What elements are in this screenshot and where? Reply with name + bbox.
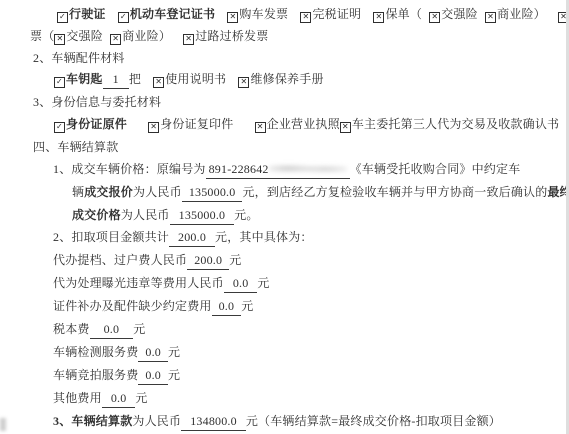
checkbox-crossed-icon: ✕	[255, 122, 266, 133]
delegation-confirm-item: ✕车主委托第三人代为交易及收款确认书	[340, 117, 559, 131]
checkbox-crossed-icon: ✕	[429, 12, 440, 23]
deduction-item-row: 其他费用0.0元	[53, 388, 148, 408]
checkbox-checked-icon: ✓	[57, 12, 68, 23]
identity-line: ✓身份证原件 ✕身份证复印件 ✕企业营业执照✕车主委托第三人代为交易及收款确认书	[54, 114, 559, 134]
id-original-item: ✓身份证原件	[54, 117, 127, 131]
deduction-item-label: 车辆检测服务费	[53, 345, 138, 359]
checkbox-crossed-icon: ✕	[110, 34, 121, 45]
deduction-total-field: 200.0	[169, 230, 215, 247]
section3-heading: 3、身份信息与委托材料	[33, 92, 161, 112]
checkbox-crossed-icon: ✕	[485, 12, 496, 23]
checkbox-crossed-icon: ✕	[300, 12, 311, 23]
deduction-heading-line: 2、扣取项目金额共计200.0元，其中具体为：	[53, 227, 313, 247]
quote-post: 元，到店经乙方复检验收车辆并与甲方协商一致后确认的	[242, 185, 547, 199]
checkbox-crossed-icon: ✕	[227, 12, 238, 23]
invoice-commercial-label: 商业险）	[122, 29, 171, 43]
final-mid: 为人民币	[121, 208, 170, 222]
checkbox-crossed-icon: ✕	[54, 34, 65, 45]
maintenance-book-label: 维修保养手册	[250, 72, 323, 86]
deduction-item-value: 0.0	[102, 391, 136, 408]
deduction-pre: 2、扣取项目金额共计	[53, 230, 169, 244]
deduction-item-row: 税本费0.0元	[53, 319, 145, 339]
settlement-term: 3、车辆结算款	[53, 414, 132, 428]
business-license-label: 企业营业执照	[267, 117, 340, 131]
id-copy-label: 身份证复印件	[160, 117, 233, 131]
price-clause-prefix: 1、成交车辆价格：原编号为	[53, 162, 206, 176]
deduction-item-label: 车辆竞拍服务费	[53, 368, 138, 382]
id-copy-item: ✕身份证复印件	[148, 117, 233, 131]
materials-checklist-line1: ✓行驶证 ✓机动车登记证书 ✕购车发票 ✕完税证明 ✕保单（ ✕交强险 ✕商业险…	[57, 4, 569, 24]
settlement-line: 3、车辆结算款为人民币134800.0元（车辆结算款=最终成交价格-扣取项目金额…	[53, 411, 501, 431]
manual-item: ✕使用说明书	[153, 72, 226, 86]
checkbox-crossed-icon: ✕	[238, 77, 249, 88]
settlement-amount-field: 134800.0	[181, 414, 246, 431]
deduction-item-label: 代办提档、过户费人民币	[53, 253, 187, 267]
quote-pre: 辆	[72, 185, 84, 199]
id-original-label: 身份证原件	[66, 117, 127, 131]
settlement-mid: 为人民币	[132, 414, 181, 428]
deduction-item-value: 0.0	[224, 276, 258, 293]
policy-prefix-label: 保单（	[385, 7, 422, 21]
final-post: 元。	[234, 208, 258, 222]
deduction-item-row: 车辆检测服务费0.0元	[53, 342, 180, 362]
deduction-item-unit: 元	[257, 276, 269, 290]
policy-item: ✕保单（	[373, 7, 422, 21]
registration-cert-label: 机动车登记证书	[130, 7, 215, 21]
tax-cert-item: ✕完税证明	[300, 7, 361, 21]
checkbox-checked-icon: ✓	[118, 12, 129, 23]
insurance-invoice-label-part2: 票（	[30, 29, 54, 43]
purchase-invoice-item: ✕购车发票	[227, 7, 288, 21]
original-serial-field: 891-228642	[206, 162, 350, 179]
quote-price-term: 成交报价	[84, 185, 133, 199]
deduction-item-unit: 元	[241, 299, 253, 313]
checkbox-crossed-icon: ✕	[183, 34, 194, 45]
deduction-item-unit: 元	[229, 253, 241, 267]
toll-invoice-item: ✕过路过桥发票	[183, 29, 268, 43]
final-price-term: 成交价格	[72, 208, 121, 222]
purchase-invoice-label: 购车发票	[239, 7, 288, 21]
deduction-item-row: 代办提档、过户费人民币200.0元	[53, 250, 241, 270]
deduction-item-value: 0.0	[212, 299, 242, 316]
settlement-post: 元（车辆结算款=最终成交价格-扣取项目金额）	[246, 414, 501, 428]
policy-compulsory-item: ✕交强险	[429, 7, 478, 21]
checkbox-crossed-icon: ✕	[153, 77, 164, 88]
manual-label: 使用说明书	[165, 72, 226, 86]
redacted-serial-blur	[269, 163, 347, 174]
key-count-field: 1	[103, 72, 129, 89]
section2-heading: 2、车辆配件材料	[33, 48, 125, 68]
checkbox-crossed-icon: ✕	[148, 122, 159, 133]
price-clause-line1: 1、成交车辆价格：原编号为891-228642《车辆受托收购合同》中约定车	[53, 159, 520, 179]
deduction-item-unit: 元	[135, 391, 147, 405]
deduction-item-row: 证件补办及配件缺少约定费用0.0元	[53, 296, 253, 316]
final-price-field: 135000.0	[170, 208, 235, 225]
checkbox-crossed-icon: ✕	[373, 12, 384, 23]
accessories-line: ✓车钥匙1把 ✕使用说明书 ✕维修保养手册	[54, 69, 324, 89]
driving-license-label: 行驶证	[69, 7, 106, 21]
price-clause-suffix: 《车辆受托收购合同》中约定车	[350, 162, 521, 176]
deduction-item-label: 税本费	[53, 322, 90, 336]
scan-smudge	[0, 418, 6, 431]
deduction-item-value: 200.0	[187, 253, 229, 270]
materials-checklist-line2: 票（✕交强险 ✕商业险） ✕过路过桥发票	[30, 26, 268, 46]
deduction-item-row: 车辆竞拍服务费0.0元	[53, 365, 180, 385]
checkbox-crossed-icon: ✕	[340, 122, 351, 133]
deduction-item-value: 0.0	[138, 345, 168, 362]
maintenance-book-item: ✕维修保养手册	[238, 72, 323, 86]
deduction-item-label: 其他费用	[53, 391, 102, 405]
deduction-post: 元，其中具体为：	[215, 230, 313, 244]
policy-commercial-label: 商业险）	[497, 7, 546, 21]
key-unit-label: 把	[129, 72, 141, 86]
checkbox-checked-icon: ✓	[54, 122, 65, 133]
invoice-compulsory-item: ✕交强险	[54, 29, 103, 43]
invoice-commercial-item: ✕商业险）	[110, 29, 171, 43]
section4-heading: 四、车辆结算款	[33, 137, 118, 157]
policy-commercial-item: ✕商业险）	[485, 7, 546, 21]
driving-license-item: ✓行驶证	[57, 7, 106, 21]
car-key-label: 车钥匙	[66, 72, 103, 86]
toll-invoice-label: 过路过桥发票	[195, 29, 268, 43]
delegation-confirm-label: 车主委托第三人代为交易及收款确认书	[352, 117, 559, 131]
deduction-item-row: 代为处理曝光违章等费用人民币0.0元	[53, 273, 270, 293]
quote-mid: 为人民币	[133, 185, 182, 199]
deduction-item-label: 证件补办及配件缺少约定费用	[53, 299, 212, 313]
deduction-item-unit: 元	[168, 368, 180, 382]
quote-price-field: 135000.0	[182, 185, 243, 202]
deduction-item-value: 0.0	[90, 322, 134, 339]
checkbox-checked-icon: ✓	[54, 77, 65, 88]
contract-page: ✓行驶证 ✓机动车登记证书 ✕购车发票 ✕完税证明 ✕保单（ ✕交强险 ✕商业险…	[0, 0, 569, 434]
invoice-compulsory-label: 交强险	[66, 29, 103, 43]
deduction-item-unit: 元	[133, 322, 145, 336]
deduction-item-value: 0.0	[138, 368, 168, 385]
price-clause-line2: 辆成交报价为人民币135000.0元，到店经乙方复检验收车辆并与甲方协商一致后确…	[72, 182, 569, 202]
deduction-item-unit: 元	[168, 345, 180, 359]
policy-compulsory-label: 交强险	[441, 7, 478, 21]
tax-cert-label: 完税证明	[312, 7, 361, 21]
car-key-item: ✓车钥匙	[54, 72, 103, 86]
serial-number: 891-228642	[209, 162, 269, 176]
registration-cert-item: ✓机动车登记证书	[118, 7, 215, 21]
price-clause-line3: 成交价格为人民币135000.0元。	[72, 205, 259, 225]
business-license-item: ✕企业营业执照	[255, 117, 340, 131]
deduction-item-label: 代为处理曝光违章等费用人民币	[53, 276, 224, 290]
